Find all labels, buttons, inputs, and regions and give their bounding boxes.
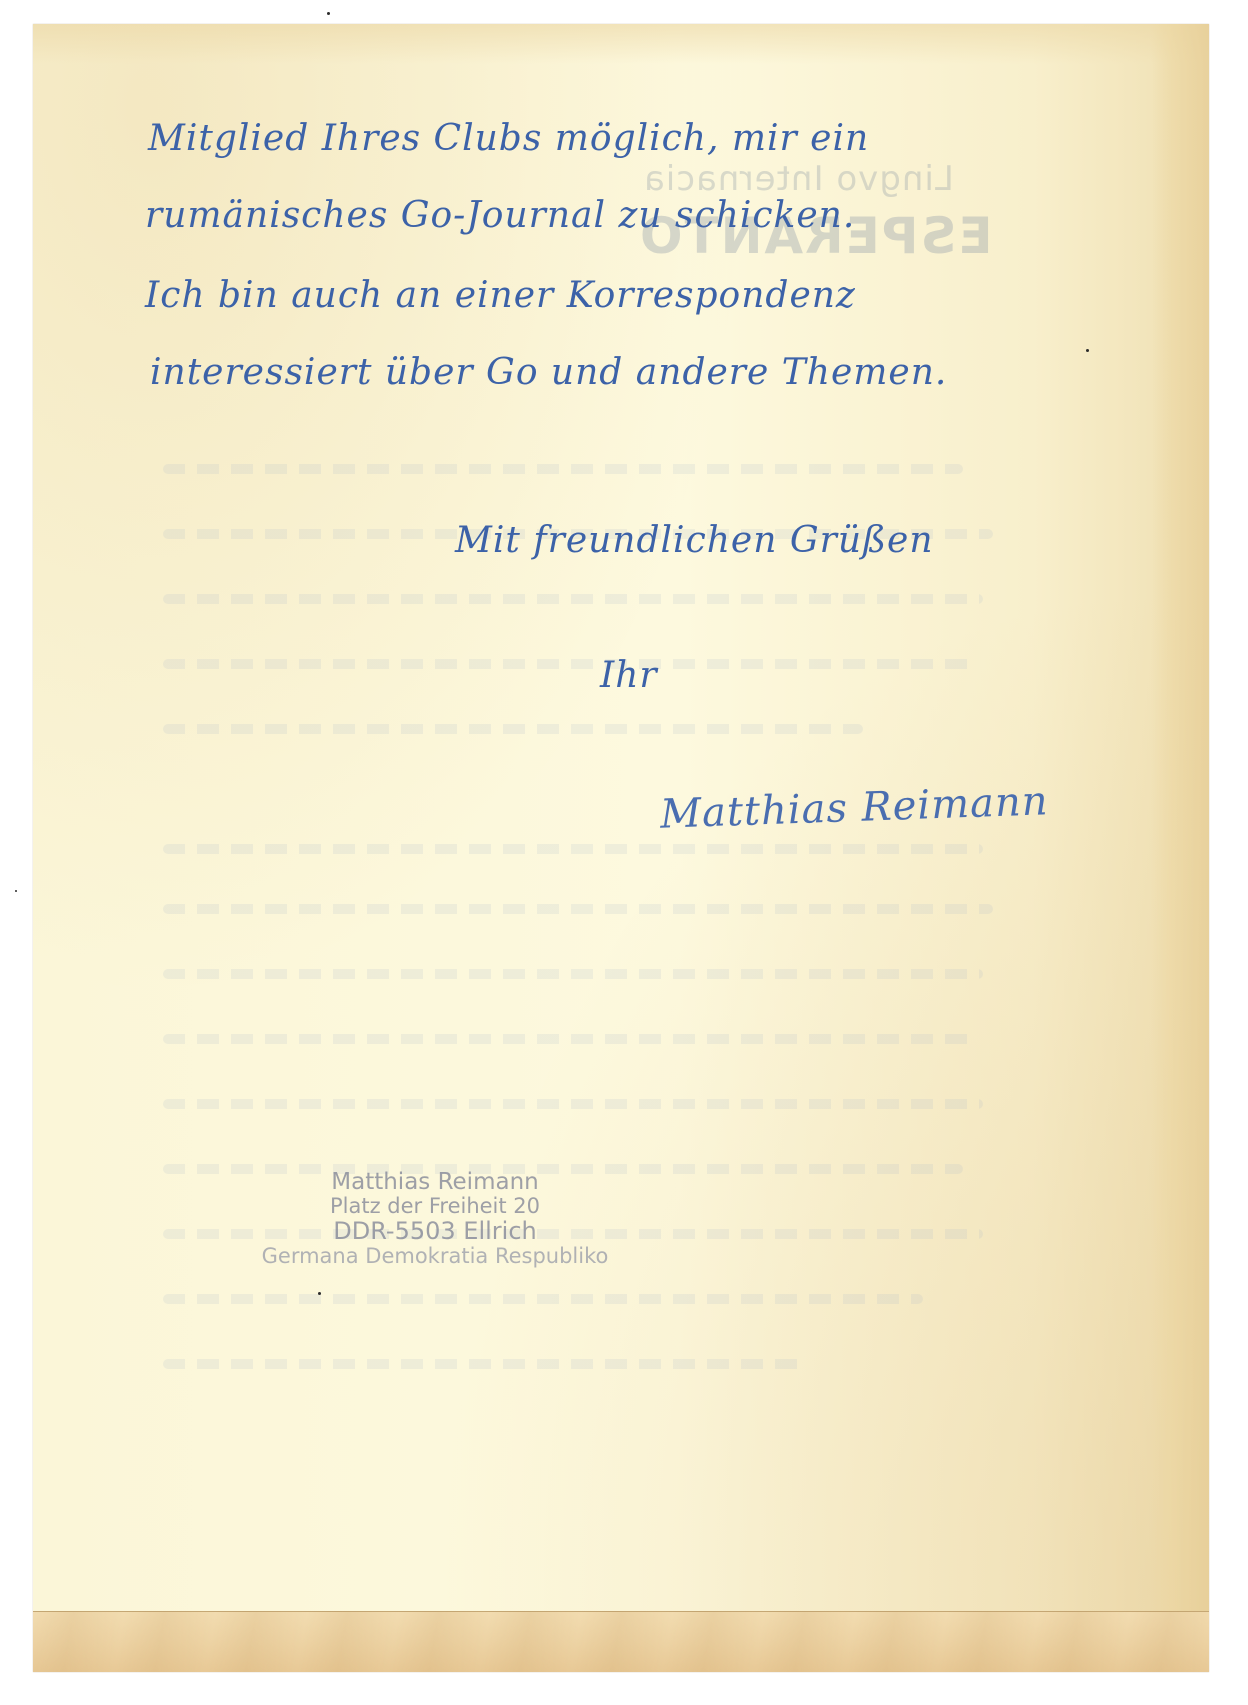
letter-line-1: Mitglied Ihres Clubs möglich, mir ein xyxy=(148,118,869,159)
stamp-country: Germana Demokratia Respubliko xyxy=(215,1245,655,1268)
reverse-side-bleed-through: Lingvo Internacia ESPERANTO xyxy=(33,24,1209,1672)
letter-closing: Mit freundlichen Grüßen xyxy=(455,520,934,561)
letter-line-2: rumänisches Go-Journal zu schicken. xyxy=(145,195,855,236)
bleed-through-line xyxy=(163,1099,983,1109)
paper-top-edge xyxy=(33,24,1209,64)
bleed-through-line xyxy=(163,594,983,604)
bleed-through-line xyxy=(163,1294,923,1304)
bleed-through-line xyxy=(163,904,993,914)
bleed-through-line xyxy=(163,659,973,669)
letter-line-4: interessiert über Go und andere Themen. xyxy=(150,352,947,393)
letter-line-3: Ich bin auch an einer Korrespondenz xyxy=(145,275,856,316)
dust-speck xyxy=(327,12,330,15)
dust-speck xyxy=(318,1292,321,1295)
stamp-name: Matthias Reimann xyxy=(215,1170,655,1195)
address-stamp: Matthias Reimann Platz der Freiheit 20 D… xyxy=(215,1170,655,1268)
bleed-through-line xyxy=(163,724,863,734)
dust-speck xyxy=(15,890,17,892)
letter-closing-pronoun: Ihr xyxy=(600,655,658,696)
bleed-through-line xyxy=(163,464,963,474)
bleed-through-heading-small: Lingvo Internacia xyxy=(643,159,954,199)
letter-paper: Lingvo Internacia ESPERANTO xyxy=(33,24,1209,1672)
stamp-street: Platz der Freiheit 20 xyxy=(215,1195,655,1218)
dust-speck xyxy=(1086,349,1089,352)
paper-bottom-folded-edge xyxy=(33,1611,1209,1672)
stamp-city: DDR-5503 Ellrich xyxy=(215,1218,655,1244)
bleed-through-line xyxy=(163,969,983,979)
bleed-through-line xyxy=(163,844,983,854)
paper-right-edge-discoloration xyxy=(1151,24,1209,1672)
bleed-through-line xyxy=(163,1359,803,1369)
bleed-through-line xyxy=(163,1034,973,1044)
